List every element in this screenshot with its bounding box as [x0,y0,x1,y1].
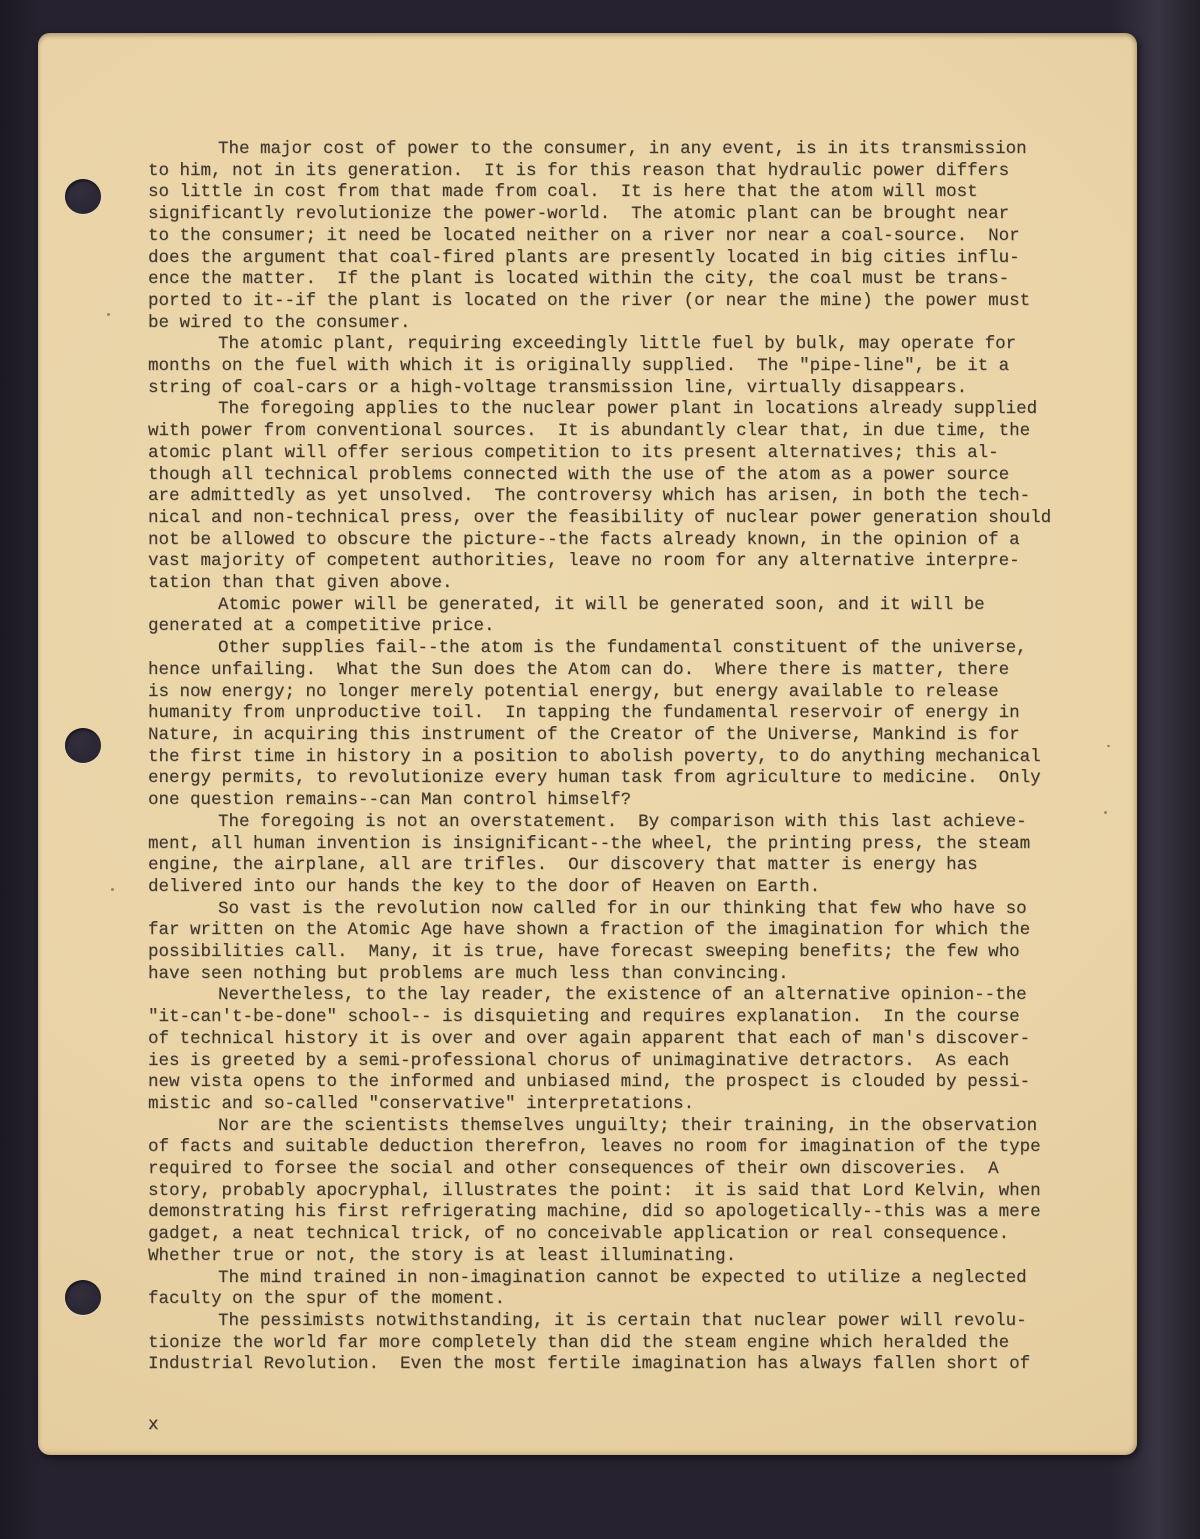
text-line: tation than that given above. [148,573,1083,595]
photograph-background: { "colors": { "backdrop": "#262230", "pa… [0,0,1200,1539]
text-line: not be allowed to obscure the picture--t… [148,530,1083,552]
text-line: faculty on the spur of the moment. [148,1289,1083,1311]
text-line: the first time in history in a position … [148,747,1083,769]
text-line: with power from conventional sources. It… [148,421,1083,443]
text-line: generated at a competitive price. [148,616,1083,638]
text-line: engine, the airplane, all are trifles. O… [148,855,1083,877]
text-line: significantly revolutionize the power-wo… [148,204,1083,226]
punch-hole-top [65,179,101,214]
text-line: Whether true or not, the story is at lea… [148,1246,1083,1268]
text-line: far written on the Atomic Age have shown… [148,920,1083,942]
page-number: x [148,1415,159,1435]
text-line: The atomic plant, requiring exceedingly … [148,334,1083,356]
text-line: ence the matter. If the plant is located… [148,269,1083,291]
paper-speck [1107,745,1110,747]
text-line: Nature, in acquiring this instrument of … [148,725,1083,747]
text-line: hence unfailing. What the Sun does the A… [148,660,1083,682]
punch-hole-bottom [65,1280,101,1315]
text-line: be wired to the consumer. [148,313,1083,335]
text-line: The pessimists notwithstanding, it is ce… [148,1311,1083,1333]
text-line: energy permits, to revolutionize every h… [148,768,1083,790]
text-line: to the consumer; it need be located neit… [148,226,1083,248]
text-line: are admittedly as yet unsolved. The cont… [148,486,1083,508]
text-line: Atomic power will be generated, it will … [148,595,1083,617]
text-line: one question remains--can Man control hi… [148,790,1083,812]
text-line: ported to it--if the plant is located on… [148,291,1083,313]
text-line: does the argument that coal-fired plants… [148,248,1083,270]
text-line: of facts and suitable deduction therefro… [148,1137,1083,1159]
text-line: atomic plant will offer serious competit… [148,443,1083,465]
typewritten-text: The major cost of power to the consumer,… [148,139,1083,1376]
text-line: gadget, a neat technical trick, of no co… [148,1224,1083,1246]
punch-hole-middle [65,728,101,763]
text-line: mistic and so-called "conservative" inte… [148,1094,1083,1116]
text-line: humanity from unproductive toil. In tapp… [148,703,1083,725]
text-line: demonstrating his first refrigerating ma… [148,1202,1083,1224]
paper-speck [111,888,114,891]
text-line: have seen nothing but problems are much … [148,964,1083,986]
text-line: ies is greeted by a semi-professional ch… [148,1051,1083,1073]
text-line: required to forsee the social and other … [148,1159,1083,1181]
text-line: The foregoing is not an overstatement. B… [148,812,1083,834]
manuscript-page: The major cost of power to the consumer,… [38,33,1137,1455]
text-line: Industrial Revolution. Even the most fer… [148,1354,1083,1376]
text-line: The major cost of power to the consumer,… [148,139,1083,161]
text-line: is now energy; no longer merely potentia… [148,682,1083,704]
text-line: Other supplies fail--the atom is the fun… [148,638,1083,660]
text-line: vast majority of competent authorities, … [148,551,1083,573]
text-line: string of coal-cars or a high-voltage tr… [148,378,1083,400]
text-line: months on the fuel with which it is orig… [148,356,1083,378]
paper-speck [107,313,110,316]
text-line: though all technical problems connected … [148,465,1083,487]
text-line: "it-can't-be-done" school-- is disquieti… [148,1007,1083,1029]
text-line: Nor are the scientists themselves unguil… [148,1116,1083,1138]
text-line: so little in cost from that made from co… [148,182,1083,204]
text-line: to him, not in its generation. It is for… [148,161,1083,183]
paper-speck [1104,811,1107,814]
text-line: of technical history it is over and over… [148,1029,1083,1051]
text-line: The mind trained in non-imagination cann… [148,1268,1083,1290]
text-line: delivered into our hands the key to the … [148,877,1083,899]
text-line: tionize the world far more completely th… [148,1333,1083,1355]
text-line: So vast is the revolution now called for… [148,899,1083,921]
text-line: The foregoing applies to the nuclear pow… [148,399,1083,421]
text-line: possibilities call. Many, it is true, ha… [148,942,1083,964]
text-line: story, probably apocryphal, illustrates … [148,1181,1083,1203]
text-line: ment, all human invention is insignifica… [148,834,1083,856]
text-line: new vista opens to the informed and unbi… [148,1072,1083,1094]
text-line: Nevertheless, to the lay reader, the exi… [148,985,1083,1007]
text-line: nical and non-technical press, over the … [148,508,1083,530]
